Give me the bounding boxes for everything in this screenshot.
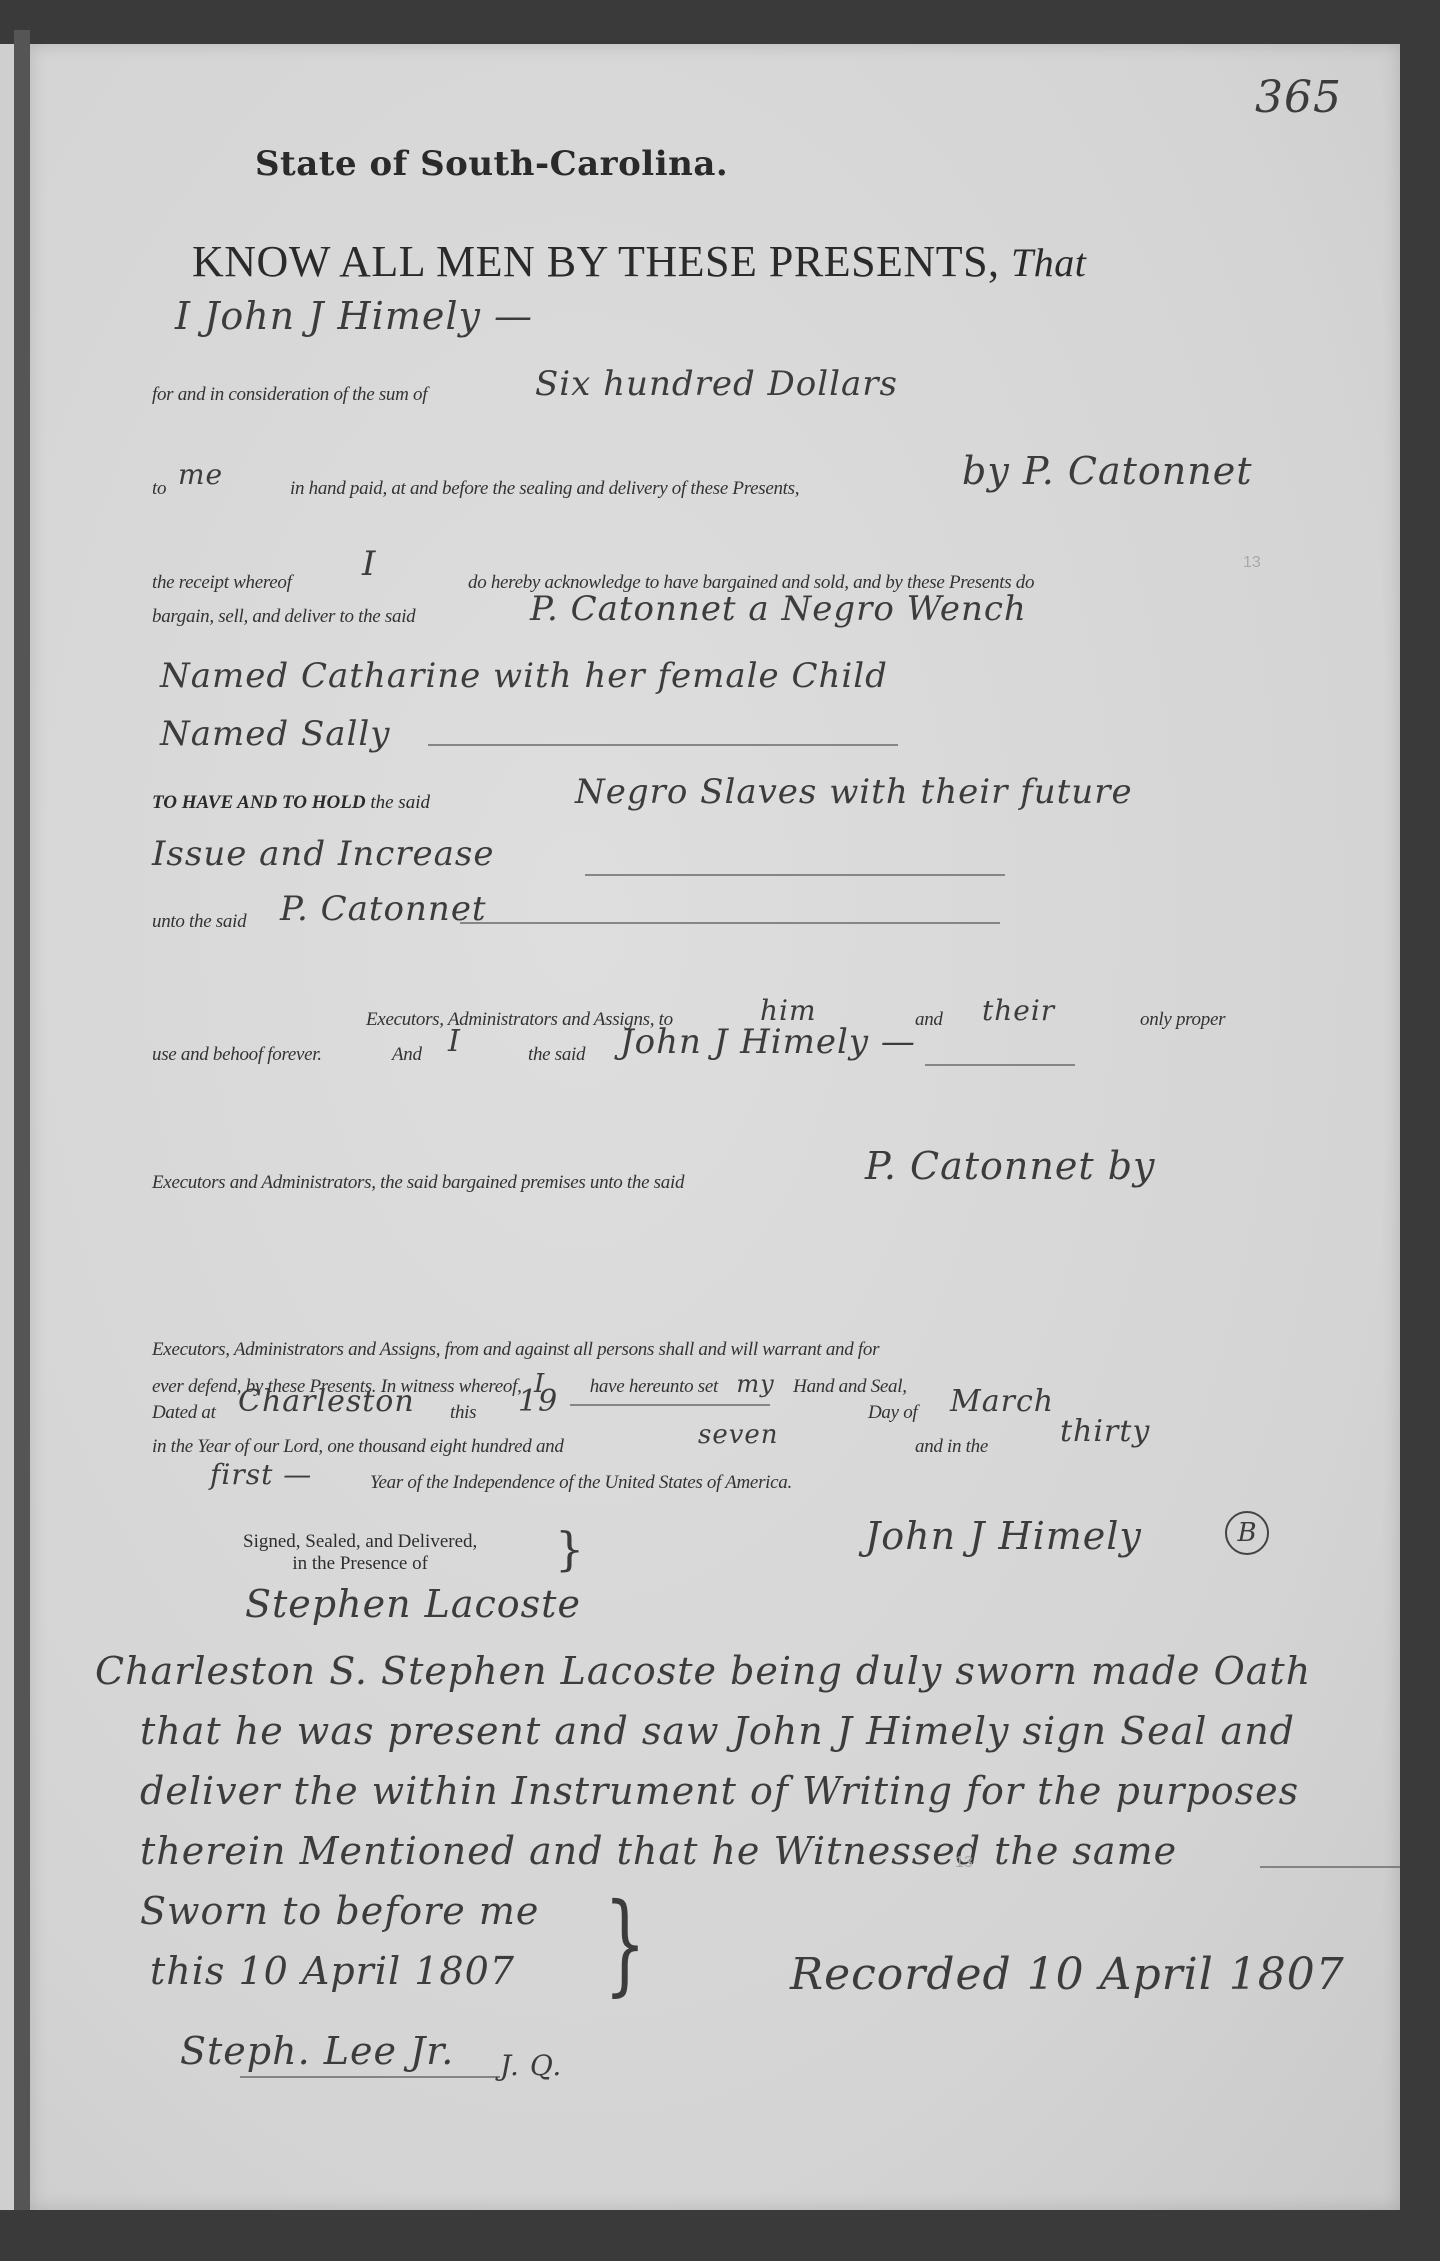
exec-their-value: their — [982, 994, 1055, 1027]
year-label: in the Year of our Lord, one thousand ei… — [152, 1436, 564, 1458]
recorded-date: Recorded 10 April 1807 — [790, 1949, 1345, 2000]
state-title: State of South-Carolina. — [255, 144, 728, 184]
and-label: And — [392, 1044, 422, 1066]
fill-line — [585, 874, 1005, 876]
witness-signature: Stephen Lacoste — [245, 1582, 581, 1626]
habendum-label: TO HAVE AND TO HOLD the said — [152, 792, 430, 814]
fill-line — [1260, 1866, 1400, 1868]
habendum-heading: TO HAVE AND TO HOLD — [152, 792, 366, 813]
warrant-text-b: have hereunto set — [590, 1376, 718, 1397]
page-heading: KNOW ALL MEN BY THESE PRESENTS, That — [192, 236, 1086, 287]
exec-and: and — [915, 1009, 943, 1031]
oath-line-3: deliver the within Instrument of Writing… — [140, 1769, 1299, 1813]
year-value: seven — [698, 1420, 779, 1450]
sworn-line-1: Sworn to before me — [140, 1889, 539, 1933]
only-proper: only proper — [1140, 1009, 1225, 1031]
oath-line-4: therein Mentioned and that he Witnessed … — [140, 1829, 1177, 1873]
seal-icon: B — [1225, 1511, 1269, 1555]
fill-line — [570, 1404, 770, 1406]
said-grantor: John J Himely — — [620, 1022, 916, 1062]
habendum-line-1: Negro Slaves with their future — [575, 772, 1133, 812]
paid-label: in hand paid, at and before the sealing … — [290, 478, 799, 500]
page-number: 365 — [1255, 72, 1342, 123]
warrant-text-c: Hand and Seal, — [793, 1376, 906, 1397]
to-label: to — [152, 478, 166, 500]
to-value: me — [178, 458, 223, 491]
independence-label: Year of the Independence of the United S… — [370, 1472, 792, 1494]
deliver-line-3: Named Sally — [160, 714, 390, 754]
oath-line-2: that he was present and saw John J Himel… — [140, 1709, 1295, 1753]
heading-text: KNOW ALL MEN BY THESE PRESENTS, — [192, 237, 1000, 286]
document-page: 365 State of South-Carolina. KNOW ALL ME… — [30, 44, 1400, 2210]
and-value: I — [448, 1024, 461, 1059]
signed-label-2: in the Presence of — [243, 1553, 477, 1575]
exec-admin-value: P. Catonnet by — [865, 1144, 1155, 1188]
independence-value-2: first — — [210, 1458, 312, 1491]
month-value: March — [950, 1384, 1054, 1419]
warrant-line-1: Executors, Administrators and Assigns, f… — [152, 1339, 879, 1361]
day-value: 19 — [518, 1384, 558, 1419]
faint-mark: 13 — [1243, 554, 1261, 572]
deliver-line-1: P. Catonnet a Negro Wench — [530, 589, 1027, 629]
sworn-line-2: this 10 April 1807 — [150, 1949, 515, 1993]
dated-place: Charleston — [238, 1384, 415, 1419]
deliver-line-2: Named Catharine with her female Child — [160, 656, 888, 696]
and-in-the: and in the — [915, 1436, 988, 1458]
receipt-value: I — [362, 544, 376, 584]
brace: } — [555, 1522, 584, 1576]
the-said: the said — [528, 1044, 585, 1066]
day-of-label: Day of — [868, 1402, 917, 1424]
dated-label: Dated at — [152, 1402, 216, 1424]
seal-mark: B — [1225, 1511, 1269, 1555]
unto-value: P. Catonnet — [280, 889, 487, 929]
brace: } — [604, 1879, 646, 2007]
faint-mark: 13 — [955, 1854, 973, 1872]
exec-admin-label: Executors and Administrators, the said b… — [152, 1172, 684, 1194]
warrant-my: my — [736, 1370, 774, 1398]
grantor-name: I John J Himely — — [175, 294, 533, 338]
deliver-label: bargain, sell, and deliver to the said — [152, 606, 415, 628]
magistrate-title: J. Q. — [500, 2049, 562, 2082]
receipt-label: the receipt whereof — [152, 572, 292, 594]
magistrate-signature: Steph. Lee Jr. — [180, 2029, 454, 2073]
paid-by: by P. Catonnet — [962, 449, 1252, 493]
signed-label-1: Signed, Sealed, and Delivered, — [243, 1531, 477, 1553]
scan-left-strip — [0, 44, 14, 2210]
habendum-line-2: Issue and Increase — [152, 834, 494, 874]
unto-label: unto the said — [152, 911, 246, 933]
scan-binding-edge — [14, 30, 30, 2210]
consideration-label: for and in consideration of the sum of — [152, 384, 427, 406]
oath-line-1: Charleston S. Stephen Lacoste being duly… — [95, 1649, 1311, 1693]
signature-underline — [240, 2076, 500, 2078]
independence-value-1: thirty — [1060, 1414, 1150, 1449]
this-label: this — [450, 1402, 476, 1424]
behoof-label: use and behoof forever. — [152, 1044, 322, 1066]
heading-that: That — [1011, 240, 1086, 285]
habendum-said: the said — [370, 792, 430, 813]
consideration-amount: Six hundred Dollars — [535, 364, 898, 404]
fill-line — [925, 1064, 1075, 1066]
signed-label: Signed, Sealed, and Delivered, in the Pr… — [243, 1531, 477, 1575]
fill-line — [428, 744, 898, 746]
fill-line — [460, 922, 1000, 924]
grantor-signature: John J Himely — [865, 1514, 1142, 1558]
